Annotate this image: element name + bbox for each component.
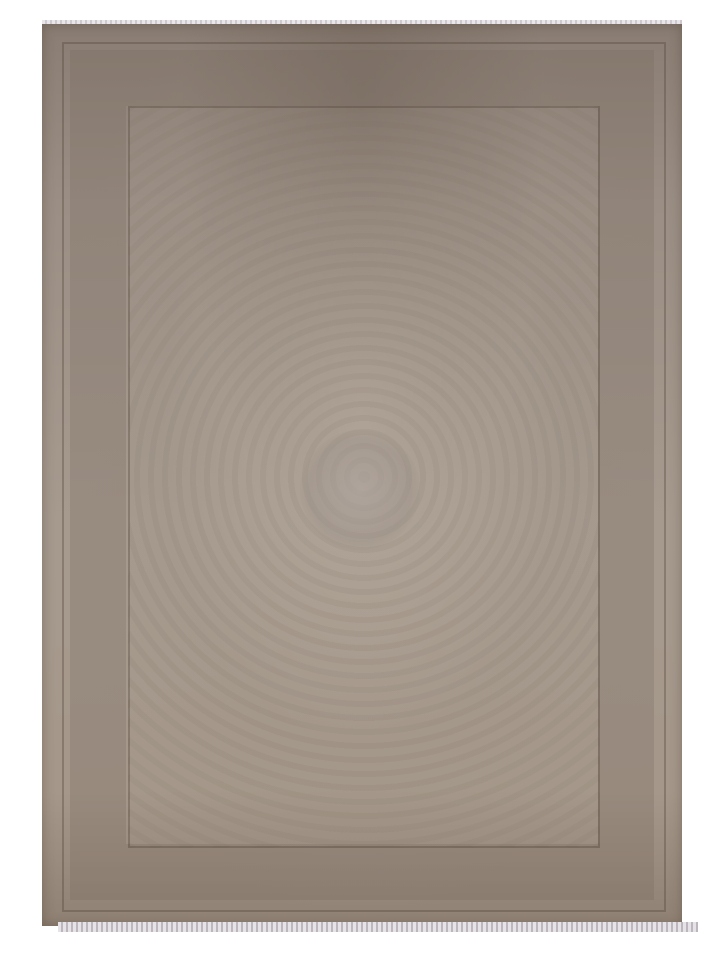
rug-fringe-bottom: [58, 922, 698, 932]
rug-medallion: [300, 430, 420, 550]
